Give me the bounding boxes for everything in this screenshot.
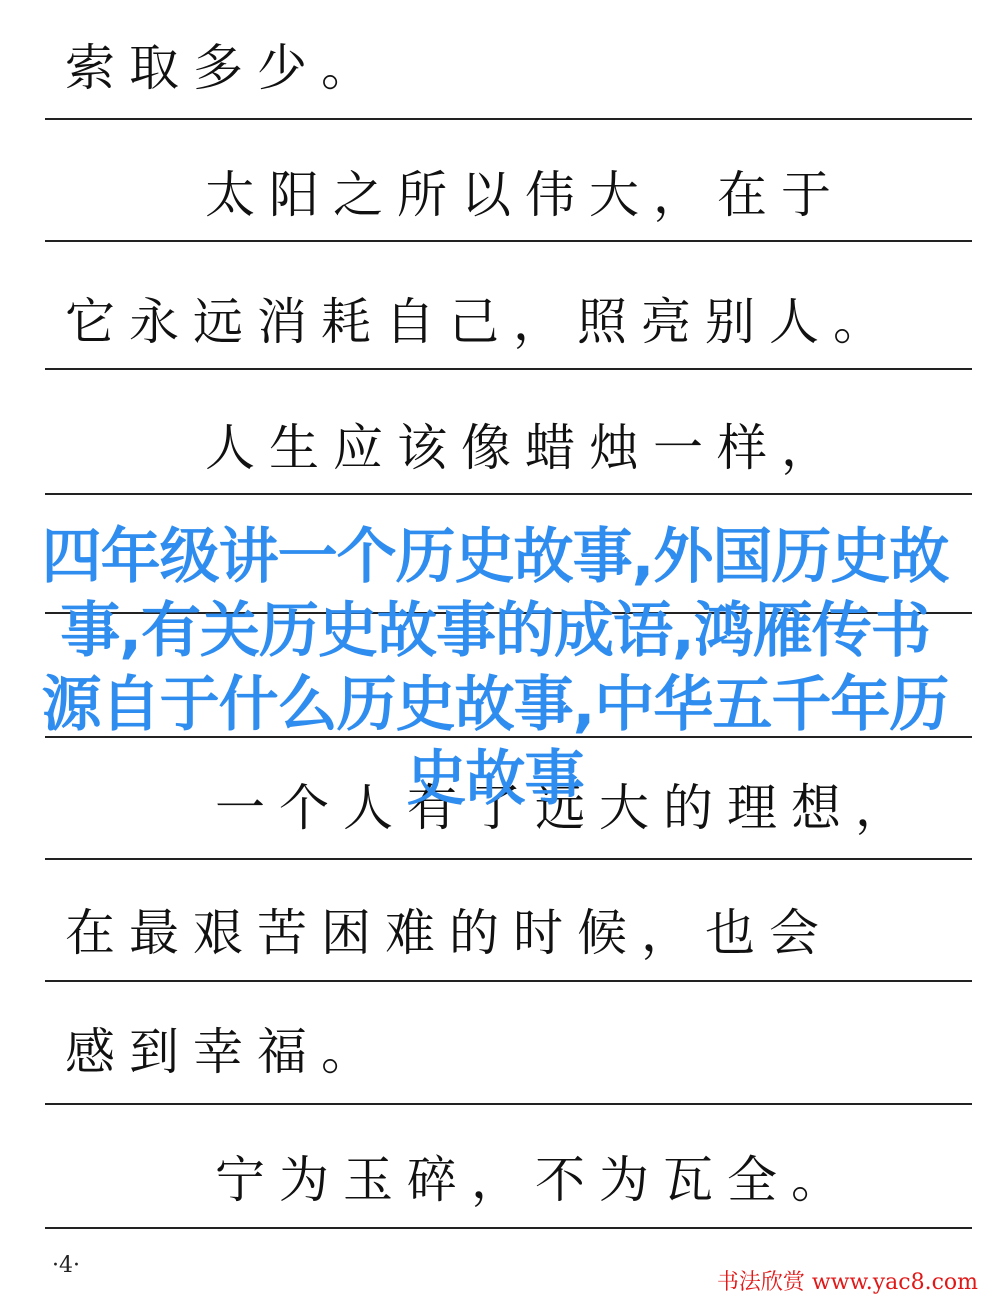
page-number: ·4· [52, 1253, 80, 1278]
text-line: 它永远消耗自己，照亮别人。 [65, 282, 897, 354]
ruled-line [45, 1103, 972, 1105]
text-line: 在最艰苦困难的时候，也会 [65, 893, 833, 965]
text-line: 感到幸福。 [65, 1012, 385, 1084]
ruled-line [45, 1227, 972, 1229]
ruled-line [45, 368, 972, 370]
text-line: 太阳之所以伟大，在于 [205, 155, 845, 227]
text-line: 人生应该像蜡烛一样， [205, 408, 845, 480]
watermark: 书法欣赏 www.yac8.com [717, 1265, 978, 1296]
text-line: 索取多少。 [65, 28, 385, 100]
text-line: 宁为玉碎，不为瓦全。 [215, 1140, 855, 1212]
ruled-line [45, 858, 972, 860]
ruled-line [45, 118, 972, 120]
ruled-line [45, 240, 972, 242]
overlay-title: 四年级讲一个历史故事,外国历史故事,有关历史故事的成语,鸿雁传书源自于什么历史故… [40, 520, 950, 816]
ruled-line [45, 980, 972, 982]
ruled-line [45, 493, 972, 495]
